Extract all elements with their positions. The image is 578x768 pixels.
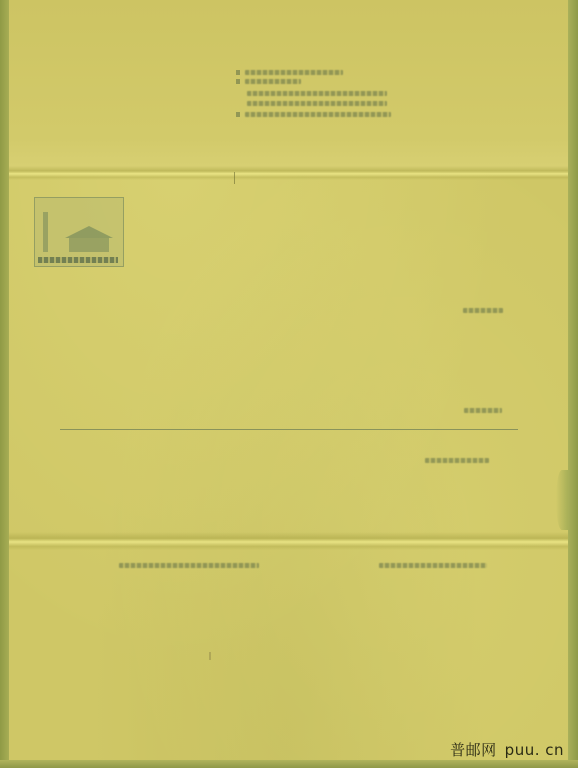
sender-name-label bbox=[464, 408, 502, 413]
list-marker bbox=[236, 70, 240, 75]
fold-crease-bottom bbox=[9, 532, 568, 550]
paper-speck bbox=[209, 652, 211, 660]
letter-sheet bbox=[9, 0, 568, 762]
list-marker bbox=[236, 112, 240, 117]
footer-printer-line bbox=[119, 563, 259, 568]
printed-stamp-indicium bbox=[34, 197, 124, 267]
site-watermark: 普邮网puu. cn bbox=[450, 739, 564, 760]
scanner-edge-left bbox=[0, 0, 9, 768]
watermark-domain: puu. cn bbox=[505, 741, 564, 759]
top-flap bbox=[9, 0, 568, 172]
sender-address-label bbox=[425, 458, 489, 463]
text-line bbox=[245, 112, 391, 117]
addressee-label bbox=[463, 308, 503, 313]
stamp-caption bbox=[38, 257, 118, 263]
scanner-edge-right bbox=[568, 0, 578, 768]
text-line bbox=[247, 101, 387, 106]
text-line bbox=[247, 91, 387, 96]
address-rule-line bbox=[60, 429, 518, 430]
scanner-edge-bottom bbox=[0, 760, 578, 768]
stamp-roof-icon bbox=[65, 226, 113, 238]
torn-edge bbox=[556, 470, 568, 530]
stamp-tower-icon bbox=[43, 212, 48, 252]
fold-crease-top bbox=[9, 166, 568, 180]
fold-nick bbox=[234, 172, 235, 184]
list-marker bbox=[236, 79, 240, 84]
text-line bbox=[245, 79, 301, 84]
stamp-building-icon bbox=[69, 238, 109, 252]
footer-publisher-line bbox=[379, 563, 487, 568]
scanned-document: 普邮网puu. cn bbox=[0, 0, 578, 768]
text-line bbox=[245, 70, 343, 75]
watermark-site-name: 普邮网 bbox=[450, 741, 497, 759]
